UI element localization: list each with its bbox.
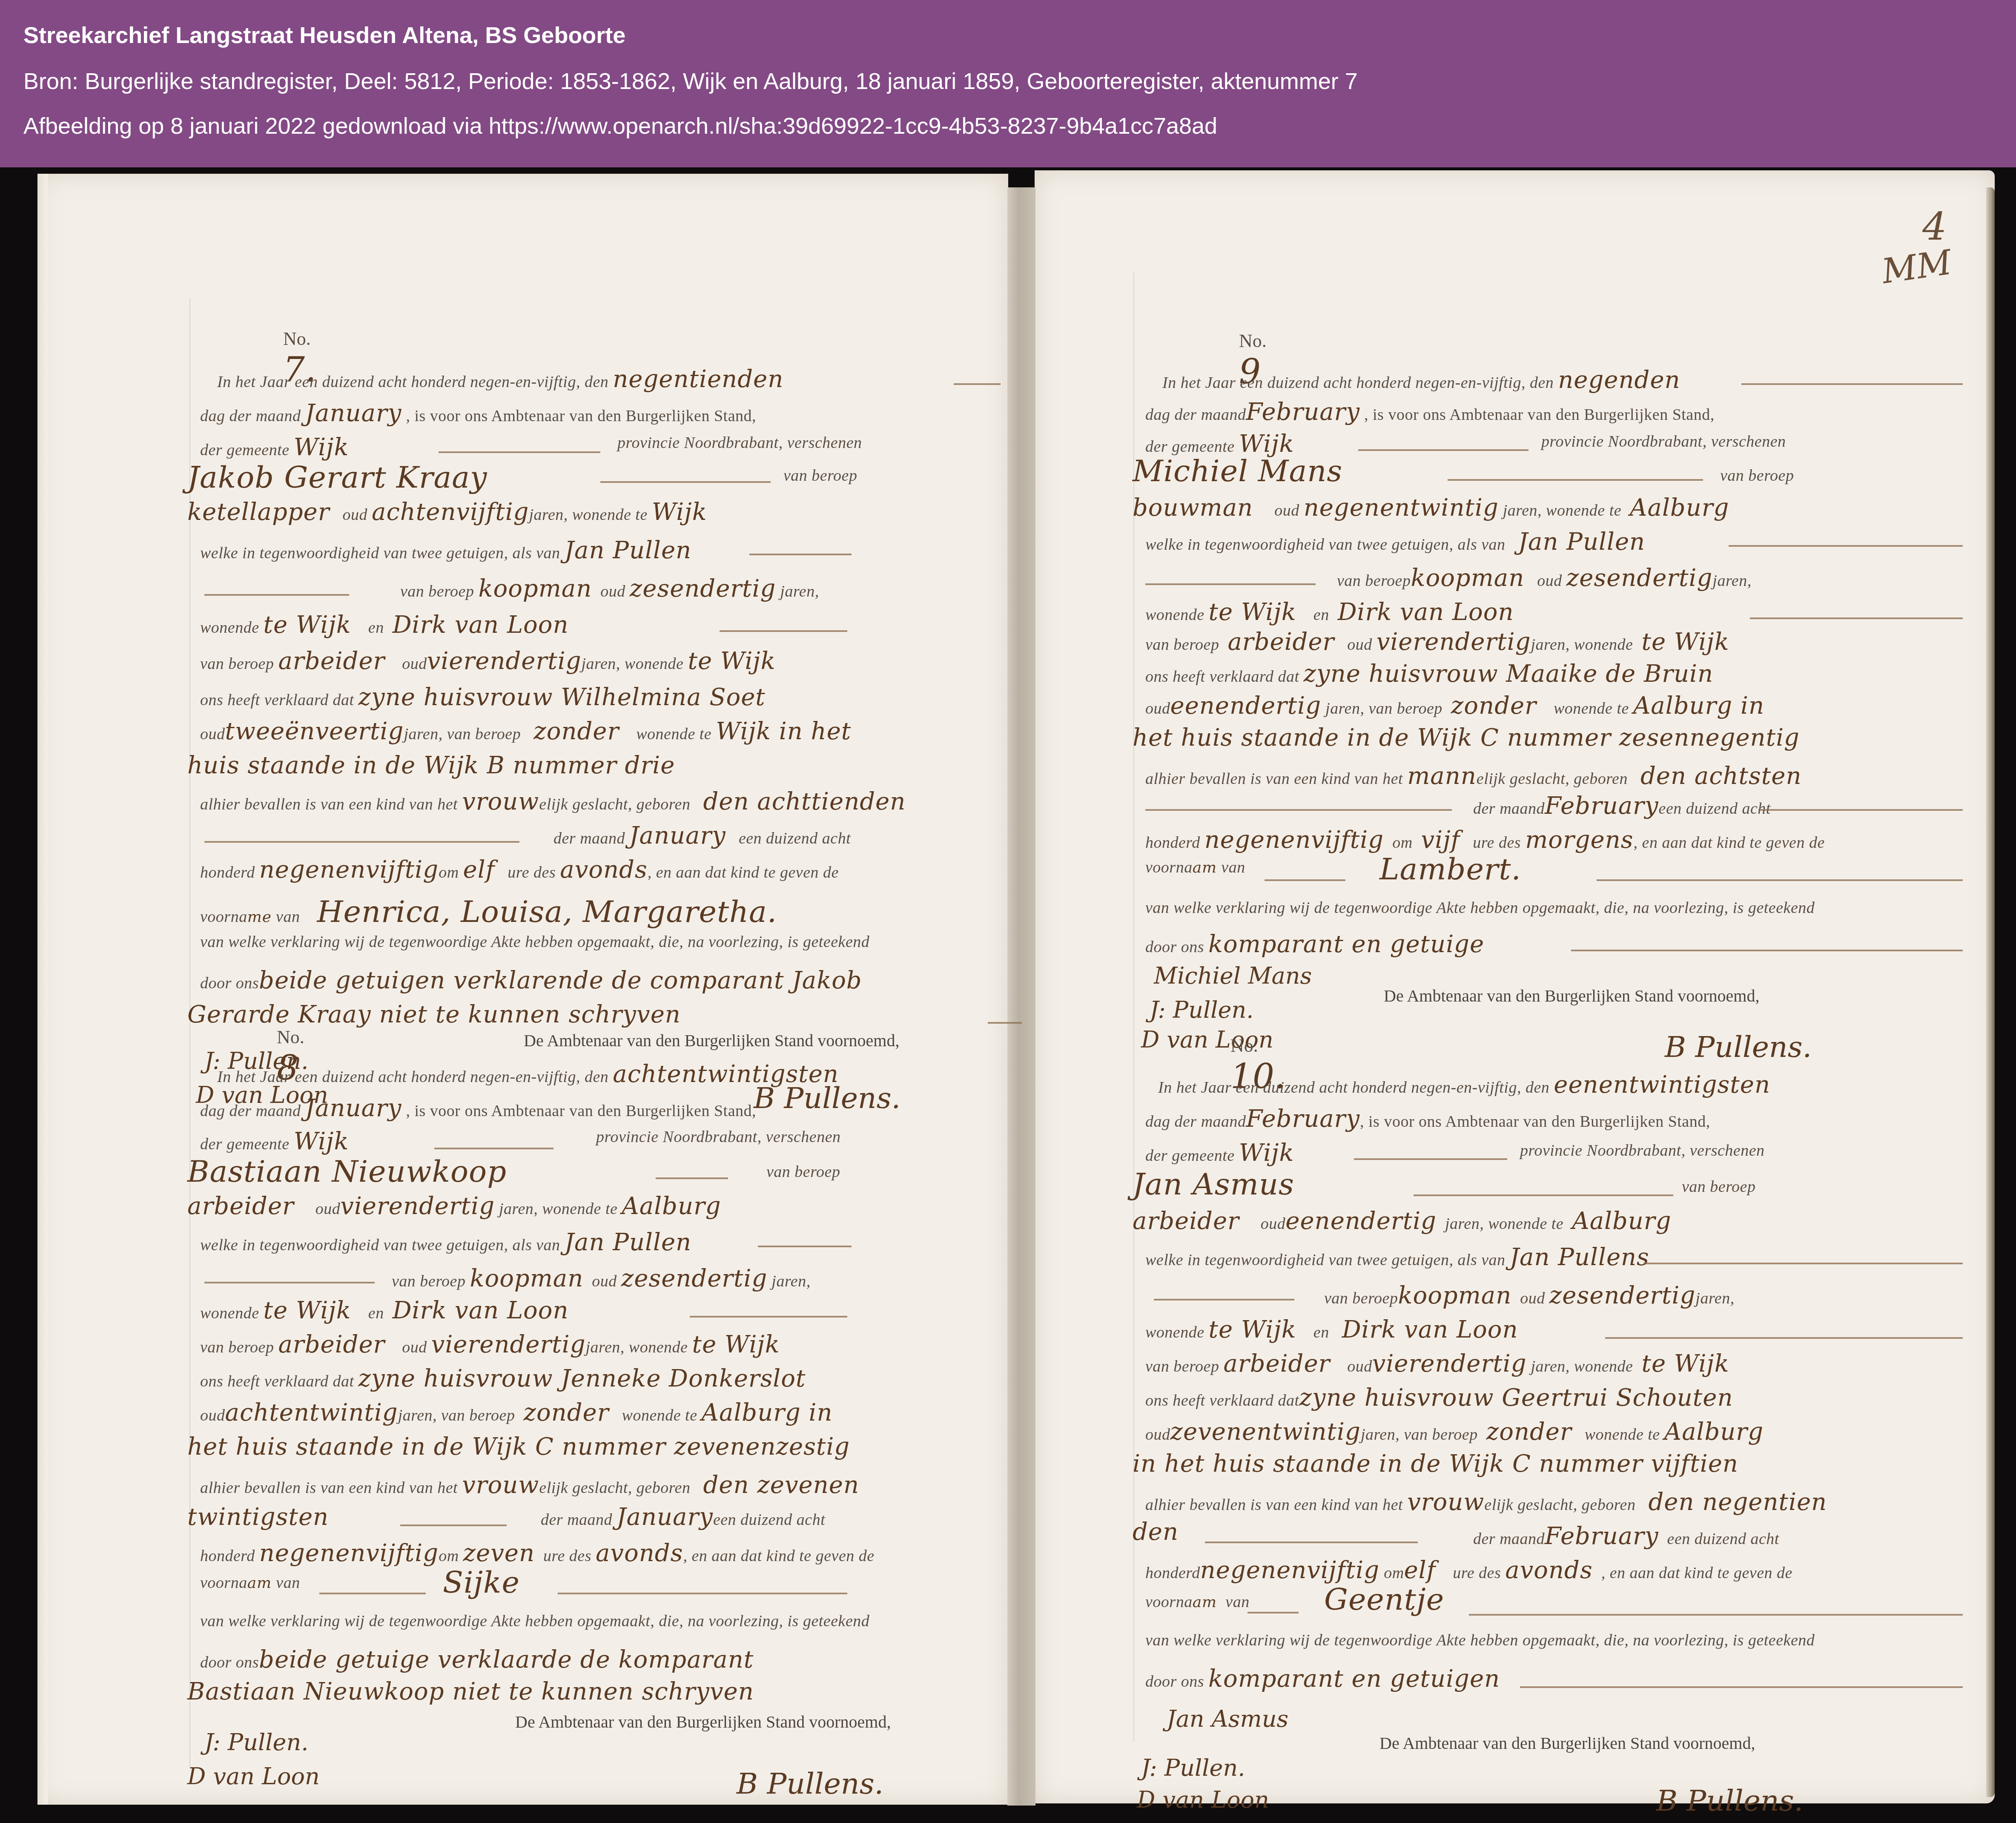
form-line: voornaam van <box>200 1573 300 1592</box>
form-line: arbeider oudvierendertig jaren, wonende … <box>187 1192 721 1220</box>
printed-text: , en aan dat kind te geven de <box>1634 834 1825 852</box>
fill-line <box>690 1316 847 1318</box>
handwritten-value: vrouw <box>462 1471 539 1499</box>
printed-text: en <box>368 1304 384 1322</box>
form-line: der gemeente Wijk <box>200 434 349 461</box>
handwritten-value: avonds <box>560 856 647 884</box>
signature-declarant: Jan Asmus <box>1167 1705 1288 1732</box>
printed-text: van beroep <box>392 1272 465 1290</box>
printed-text: door ons <box>200 974 259 992</box>
handwritten-value: achtenvijftig <box>372 498 529 526</box>
printed-text: jaren, wonende te <box>529 506 647 524</box>
form-line: door ons komparant en getuigen <box>1145 1665 1500 1693</box>
printed-text: van beroep <box>400 583 474 600</box>
printed-text: en <box>1313 606 1329 624</box>
printed-text: der maand <box>1473 1530 1545 1548</box>
declarant-name: Bastiaan Nieuwkoop <box>187 1154 507 1189</box>
fill-line <box>600 481 771 483</box>
mother-name: zyne huisvrouw Maaike de Bruin <box>1304 660 1714 688</box>
fill-line <box>204 1282 375 1283</box>
printed-text: jaren, van beroep <box>398 1407 515 1424</box>
handwritten-value: vierendertig <box>431 1331 586 1358</box>
form-line: In het Jaar een duizend acht honderd neg… <box>217 1060 839 1088</box>
printed-text: door ons <box>1145 938 1204 956</box>
printed-text: ure des <box>1473 834 1521 852</box>
handwritten-value: Jan Pullen <box>565 1229 691 1256</box>
handwritten-value: koopman <box>470 1265 583 1292</box>
printed-text: jaren, <box>771 1272 810 1290</box>
printed-text: om <box>439 1547 459 1565</box>
book-gutter <box>1007 187 1035 1806</box>
fill-line <box>749 554 852 555</box>
printed-text: van beroep <box>1145 636 1219 654</box>
fill-line <box>1758 809 1963 811</box>
handwritten-value: zevenentwintig <box>1170 1418 1361 1446</box>
handwritten-value: komparant en getuigen <box>1208 1665 1500 1693</box>
archive-banner: Streekarchief Langstraat Heusden Altena,… <box>0 0 2016 167</box>
handwritten-value: February <box>1545 1522 1658 1550</box>
form-line: provincie Noordbrabant, verschenen <box>1541 432 1786 451</box>
printed-text: honderd <box>200 1547 255 1565</box>
printed-text: alhier bevallen is van een kind van het <box>1145 770 1403 788</box>
fill-line <box>1265 879 1345 881</box>
handwritten-value: zonder <box>533 718 619 745</box>
printed-text: oud <box>343 506 368 524</box>
form-line: door ons komparant en getuige <box>1145 930 1484 958</box>
form-line: der maandFebruaryeen duizend acht <box>1473 792 1771 820</box>
printed-text: welke in tegenwoordigheid van twee getui… <box>1145 1251 1506 1269</box>
handwritten-value: zesendertig <box>630 575 776 603</box>
fill-line <box>1597 879 1963 881</box>
printed-text: In het Jaar een duizend acht honderd neg… <box>1158 1079 1549 1097</box>
handwritten-value: Aalburg in <box>1633 692 1764 720</box>
printed-text: elijk geslacht, geboren <box>539 1479 690 1497</box>
handwritten-value: eenendertig <box>1170 692 1322 720</box>
form-line: door onsbeide getuigen verklarende de co… <box>200 967 862 994</box>
banner-title: Streekarchief Langstraat Heusden Altena,… <box>23 22 625 49</box>
fill-line <box>1448 479 1703 481</box>
fill-line <box>1571 950 1963 951</box>
fill-line <box>656 1177 728 1179</box>
printed-text: oud <box>1145 700 1170 718</box>
printed-text: jaren, wonende te <box>499 1200 617 1218</box>
form-line: Bastiaan Nieuwkoop niet te kunnen schryv… <box>187 1678 754 1705</box>
printed-text: een duizend acht <box>739 830 851 847</box>
official-title: De Ambtenaar van den Burgerlijken Stand … <box>1379 1733 1755 1753</box>
handwritten-value: Jan Pullen <box>1518 528 1645 556</box>
printed-text: , is voor ons Ambtenaar van den Burgerli… <box>1360 1113 1710 1131</box>
printed-text: oud <box>1274 502 1299 520</box>
handwritten-value: Wijk <box>294 1128 349 1155</box>
printed-text: oud <box>1145 1426 1170 1444</box>
printed-text: oud <box>600 583 625 600</box>
printed-text: van beroep <box>1145 1358 1219 1375</box>
printed-text: ons heeft verklaard dat <box>1145 1392 1299 1410</box>
handwritten-value: am <box>247 1574 272 1592</box>
handwritten-value: zesendertig <box>621 1265 768 1292</box>
form-line: van beroep <box>1720 466 1794 485</box>
printed-text: honderd <box>200 864 255 881</box>
printed-text: jaren, wonende te <box>1503 502 1621 520</box>
declarant-name: Jan Asmus <box>1133 1167 1294 1202</box>
form-line: van beroep koopman oud zesendertig jaren… <box>400 575 819 603</box>
form-line: het huis staande in de Wijk C nummer zev… <box>187 1433 850 1461</box>
fill-line <box>1145 583 1316 585</box>
printed-text: en <box>368 619 384 637</box>
handwritten-value: February <box>1246 1105 1360 1133</box>
fill-line <box>1145 809 1452 811</box>
form-line: ons heeft verklaard dat zyne huisvrouw W… <box>200 683 766 711</box>
printed-text: oud <box>1261 1215 1286 1233</box>
handwritten-value: te Wijk <box>1209 598 1296 626</box>
handwritten-value: te Wijk <box>688 647 775 675</box>
handwritten-value: zonder <box>1486 1418 1572 1446</box>
printed-text: oud <box>200 1407 225 1424</box>
child-name: Lambert. <box>1379 852 1521 887</box>
printed-text: oud <box>1347 636 1372 654</box>
handwritten-value: vierendertig <box>1377 628 1531 656</box>
signature-declarant: Michiel Mans <box>1154 962 1312 989</box>
printed-text: door ons <box>200 1654 259 1671</box>
handwritten-value: zeven <box>463 1539 535 1567</box>
form-line: van beroep koopman oud zesendertig jaren… <box>392 1265 811 1292</box>
form-line: der maand Januaryeen duizend acht <box>541 1503 825 1531</box>
handwritten-value: eenendertig <box>1285 1207 1437 1235</box>
form-line: van welke verklaring wij de tegenwoordig… <box>200 933 869 951</box>
handwritten-value: koopman <box>1411 564 1524 592</box>
fill-line <box>1414 1194 1673 1196</box>
printed-text: oud <box>592 1272 617 1290</box>
fill-line <box>1520 1686 1963 1688</box>
printed-text: ons heeft verklaard dat <box>200 1372 354 1390</box>
form-line: voornaam van <box>1145 1593 1250 1611</box>
printed-text: honderd <box>1145 1564 1200 1582</box>
handwritten-value: am <box>1193 859 1217 876</box>
printed-text: der gemeente <box>200 1135 290 1153</box>
handwritten-value: me <box>247 908 272 926</box>
form-line: ons heeft verklaard dat zyne huisvrouw M… <box>1145 660 1713 688</box>
form-line: in het huis staande in de Wijk C nummer … <box>1133 1450 1738 1478</box>
handwritten-value: koopman <box>478 575 592 603</box>
form-line: door onsbeide getuige verklaarde de komp… <box>200 1646 754 1674</box>
handwritten-value: vrouw <box>462 788 539 815</box>
form-line: In het Jaar een duizend acht honderd neg… <box>1162 366 1680 394</box>
form-line: van beroep arbeider oudvierendertig jare… <box>1145 1350 1729 1378</box>
form-line: honderd negenenvijftig om vijf ure des m… <box>1145 826 1825 854</box>
fill-line <box>434 1148 553 1149</box>
official-title: De Ambtenaar van den Burgerlijken Stand … <box>515 1712 891 1732</box>
form-line: wonende te Wijk en Dirk van Loon <box>200 611 569 639</box>
printed-text: een duizend acht <box>1659 800 1771 818</box>
fill-line <box>204 594 349 596</box>
printed-text: , en aan dat kind te geven de <box>1601 1564 1792 1582</box>
handwritten-value: arbeider <box>187 1192 294 1220</box>
handwritten-value: beide getuigen verklarende de comparant … <box>259 967 862 994</box>
handwritten-value: zesendertig <box>1566 564 1713 592</box>
declarant-name: Jakob Gerart Kraay <box>187 460 488 495</box>
handwritten-value: Dirk van Loon <box>393 611 569 639</box>
handwritten-value: ketellapper <box>187 498 330 526</box>
printed-text: dag der maand <box>1145 1113 1246 1131</box>
handwritten-value: den negentien <box>1648 1488 1827 1516</box>
printed-text: der maand <box>553 830 625 847</box>
handwritten-value: koopman <box>1398 1282 1511 1309</box>
printed-text: elijk geslacht, geboren <box>539 795 690 813</box>
handwritten-value: beide getuige verklaarde de komparant <box>259 1646 754 1674</box>
printed-text: ure des <box>508 864 556 881</box>
handwritten-value: te Wijk <box>1641 628 1729 656</box>
form-line: alhier bevallen is van een kind van het … <box>1145 762 1802 790</box>
form-line: honderdnegenenvijftig omelf ure des avon… <box>1145 1556 1792 1584</box>
handwritten-value: zonder <box>1451 692 1537 720</box>
handwritten-value: Wijk <box>652 498 707 526</box>
fill-line <box>1729 545 1963 547</box>
form-line: voornaam van <box>1145 858 1245 877</box>
printed-text: oud <box>1520 1289 1545 1307</box>
printed-text: honderd <box>1145 834 1200 852</box>
printed-text: een duizend acht <box>713 1511 825 1529</box>
form-line: oudtweeënveertigjaren, van beroep zonder… <box>200 718 851 745</box>
banner-source: Bron: Burgerlijke standregister, Deel: 5… <box>23 68 1358 95</box>
form-line: van beroep <box>766 1163 840 1181</box>
printed-text: der maand <box>1473 800 1545 818</box>
handwritten-value: te Wijk <box>1209 1316 1296 1344</box>
printed-text: van <box>1225 1593 1249 1611</box>
printed-text: der gemeente <box>200 441 290 459</box>
fill-line <box>1643 1263 1963 1264</box>
form-line: dag der maand January , is voor ons Ambt… <box>200 399 756 427</box>
handwritten-value: elf <box>463 856 495 884</box>
form-line: welke in tegenwoordigheid van twee getui… <box>200 1229 691 1256</box>
printed-text: alhier bevallen is van een kind van het <box>200 1479 458 1497</box>
handwritten-value: Jan Pullens <box>1510 1243 1649 1271</box>
form-line: der maand January een duizend acht <box>553 822 851 850</box>
form-line: oudachtentwintigjaren, van beroep zonder… <box>200 1399 833 1427</box>
signature-witness1: J: Pullen. <box>204 1729 308 1756</box>
printed-text: voorna <box>200 908 247 926</box>
form-line: van welke verklaring wij de tegenwoordig… <box>1145 1631 1815 1650</box>
handwritten-value: arbeider <box>1223 1350 1330 1378</box>
fill-line <box>1205 1542 1418 1543</box>
form-line: dag der maandFebruary , is voor ons Ambt… <box>1145 398 1715 426</box>
printed-text: oud <box>1537 572 1562 590</box>
form-line: Gerarde Kraay niet te kunnen schryven <box>187 1001 681 1028</box>
handwritten-value: Aalburg in <box>702 1399 833 1427</box>
handwritten-value: negenenvijftig <box>259 856 439 884</box>
signature-official: B Pullens. <box>737 1767 883 1801</box>
form-line: dag der maand January , is voor ons Ambt… <box>200 1094 756 1122</box>
form-line: welke in tegenwoordigheid van twee getui… <box>1145 1243 1649 1271</box>
printed-text: ons heeft verklaard dat <box>200 691 354 709</box>
printed-text: van beroep <box>1337 572 1411 590</box>
handwritten-value: te Wijk <box>264 611 351 639</box>
form-line: van beroep <box>1682 1177 1755 1196</box>
form-line: bouwman oud negenentwintig jaren, wonend… <box>1133 494 1729 522</box>
signature-witness1: J: Pullen. <box>1141 1754 1245 1781</box>
printed-text: om <box>439 864 459 881</box>
form-line: voorname van Henrica, Louisa, Margaretha… <box>200 894 777 929</box>
handwritten-value: te Wijk <box>264 1297 351 1324</box>
printed-text: wonende <box>200 1304 259 1322</box>
fill-line <box>1469 1614 1963 1616</box>
form-line: der maandFebruary een duizend acht <box>1473 1522 1779 1550</box>
left-page-edge <box>37 174 48 1805</box>
printed-text: , is voor ons Ambtenaar van den Burgerli… <box>406 1102 756 1120</box>
printed-text: , is voor ons Ambtenaar van den Burgerli… <box>406 407 756 425</box>
printed-text: en <box>1313 1323 1329 1341</box>
printed-text: om <box>1384 1564 1404 1582</box>
handwritten-value: Aalburg <box>1630 494 1729 522</box>
form-line: van beroepkoopman oud zesendertigjaren, <box>1337 564 1752 592</box>
handwritten-value: Aalburg <box>622 1192 721 1220</box>
printed-text: der gemeente <box>1145 438 1235 456</box>
form-line: den <box>1133 1518 1179 1546</box>
handwritten-value: vrouw <box>1407 1488 1484 1516</box>
handwritten-value: arbeider <box>278 647 385 675</box>
printed-text: dag der maand <box>200 407 301 425</box>
printed-text: welke in tegenwoordigheid van twee getui… <box>1145 536 1506 554</box>
printed-text: wonende <box>1145 606 1204 624</box>
printed-text: elijk geslacht, geboren <box>1484 1496 1635 1514</box>
form-line: In het Jaar een duizend acht honderd neg… <box>217 365 783 393</box>
child-name: Henrica, Louisa, Margaretha. <box>317 894 777 929</box>
handwritten-value: January <box>629 822 726 850</box>
fill-line <box>1741 383 1963 385</box>
handwritten-value: Dirk van Loon <box>393 1297 569 1324</box>
printed-text: wonende <box>200 619 259 637</box>
official-title: De Ambtenaar van den Burgerlijken Stand … <box>524 1031 899 1051</box>
printed-text: wonende te <box>1585 1426 1660 1444</box>
form-line: In het Jaar een duizend acht honderd neg… <box>1158 1071 1770 1099</box>
form-line: van beroep <box>783 466 857 485</box>
form-line: honderd negenenvijftigom elf ure des avo… <box>200 856 839 884</box>
form-line: huis staande in de Wijk B nummer drie <box>187 752 675 779</box>
handwritten-value: achtentwintig <box>225 1399 398 1427</box>
handwritten-value: den achttienden <box>703 788 906 815</box>
handwritten-value: Wijk in het <box>716 718 851 745</box>
printed-text: alhier bevallen is van een kind van het <box>1145 1496 1403 1514</box>
handwritten-value: vierendertig <box>427 647 582 675</box>
handwritten-value: arbeider <box>1133 1207 1239 1235</box>
handwritten-value: mann <box>1407 762 1477 790</box>
form-line: dag der maandFebruary, is voor ons Ambte… <box>1145 1105 1710 1133</box>
form-line: honderd negenenvijftigom zeven ure des a… <box>200 1539 875 1567</box>
form-line: oudzevenentwintigjaren, van beroep zonde… <box>1145 1418 1764 1446</box>
form-line: van beroep arbeider oud vierendertigjare… <box>1145 628 1729 656</box>
handwritten-value: Aalburg <box>1664 1418 1764 1446</box>
printed-text: van <box>276 908 300 926</box>
handwritten-value: bouwman <box>1133 494 1253 522</box>
handwritten-value: Dirk van Loon <box>1338 598 1514 626</box>
form-line: arbeider oudeenendertig jaren, wonende t… <box>1133 1207 1671 1235</box>
form-line: alhier bevallen is van een kind van het … <box>200 788 906 815</box>
printed-text: van beroep <box>200 655 274 673</box>
handwritten-value: avonds <box>596 1539 683 1567</box>
signature-official: B Pullens. <box>1665 1031 1812 1064</box>
fill-line <box>988 1022 1022 1024</box>
mother-name: zyne huisvrouw Jenneke Donkerslot <box>358 1365 806 1392</box>
printed-text: In het Jaar een duizend acht honderd neg… <box>217 1068 608 1086</box>
fill-line <box>758 1246 852 1247</box>
child-name: Sijke <box>443 1565 520 1600</box>
fill-line <box>204 841 519 843</box>
printed-text: van <box>1221 858 1245 876</box>
form-line: van beroep arbeider oud vierendertigjare… <box>200 1331 780 1358</box>
fill-line <box>319 1593 426 1594</box>
printed-text: In het Jaar een duizend acht honderd neg… <box>1162 374 1554 392</box>
handwritten-value: Dirk van Loon <box>1342 1316 1518 1344</box>
handwritten-value: vierendertig <box>340 1192 495 1220</box>
printed-text: van beroep <box>200 1338 274 1356</box>
form-line: alhier bevallen is van een kind van het … <box>1145 1488 1827 1516</box>
printed-text: jaren, <box>780 583 819 600</box>
form-line: der gemeente Wijk <box>200 1128 349 1155</box>
printed-text: der gemeente <box>1145 1147 1235 1165</box>
form-line: van beroep arbeider oudvierendertigjaren… <box>200 647 776 675</box>
official-title: De Ambtenaar van den Burgerlijken Stand … <box>1384 986 1759 1006</box>
handwritten-value: eenentwintigsten <box>1554 1071 1770 1099</box>
printed-text: , en aan dat kind te geven de <box>683 1547 874 1565</box>
printed-text: elijk geslacht, geboren <box>1477 770 1628 788</box>
handwritten-value: achtentwintigsten <box>613 1060 839 1088</box>
printed-text: , en aan dat kind te geven de <box>648 864 839 881</box>
handwritten-value: avonds <box>1505 1556 1592 1584</box>
form-line: wonende te Wijk en Dirk van Loon <box>1145 1316 1518 1344</box>
handwritten-value: February <box>1545 792 1658 820</box>
printed-text: oud <box>200 725 225 743</box>
mother-name: zyne huisvrouw Geertrui Schouten <box>1299 1384 1733 1412</box>
printed-text: wonende <box>1145 1323 1204 1341</box>
form-line: van beroepkoopman oud zesendertigjaren, <box>1324 1282 1735 1309</box>
printed-text: dag der maand <box>1145 406 1246 424</box>
printed-text: , is voor ons Ambtenaar van den Burgerli… <box>1364 406 1715 424</box>
printed-text: wonende te <box>636 725 711 743</box>
form-line: van welke verklaring wij de tegenwoordig… <box>200 1612 869 1631</box>
form-line: twintigsten <box>187 1503 329 1531</box>
right-page-edge <box>1986 187 1995 1797</box>
printed-text: provincie Noordbrabant, verschenen <box>617 434 862 452</box>
handwritten-value: Jan Pullen <box>565 537 691 564</box>
printed-text: ure des <box>543 1547 591 1565</box>
fill-line <box>1750 617 1963 619</box>
printed-text: van <box>276 1574 300 1592</box>
printed-text: jaren, wonende <box>1531 636 1633 654</box>
form-line: ketellapper oud achtenvijftigjaren, wone… <box>187 498 707 526</box>
handwritten-value: negenenvijftig <box>1204 826 1384 854</box>
handwritten-value: komparant en getuige <box>1208 930 1484 958</box>
handwritten-value: elf <box>1404 1556 1436 1584</box>
form-line: ons heeft verklaard datzyne huisvrouw Ge… <box>1145 1384 1733 1412</box>
handwritten-value: te Wijk <box>1641 1350 1729 1378</box>
fill-line <box>558 1593 847 1594</box>
printed-text: wonende te <box>622 1407 697 1424</box>
printed-text: alhier bevallen is van een kind van het <box>200 795 458 813</box>
form-line: provincie Noordbrabant, verschenen <box>617 434 862 452</box>
printed-text: jaren, wonende <box>585 1338 688 1356</box>
handwritten-value: tweeënveertig <box>225 718 404 745</box>
form-line: oudeenendertig jaren, van beroep zonder … <box>1145 692 1764 720</box>
printed-text: jaren, <box>1695 1289 1734 1307</box>
form-line: provincie Noordbrabant, verschenen <box>1520 1141 1765 1160</box>
printed-text: welke in tegenwoordigheid van twee getui… <box>200 1236 560 1254</box>
printed-text: van beroep <box>1324 1289 1398 1307</box>
handwritten-value: negenenvijftig <box>1200 1556 1379 1584</box>
handwritten-value: negenentwintig <box>1304 494 1499 522</box>
printed-text: jaren, wonende te <box>1445 1215 1563 1233</box>
form-line: van welke verklaring wij de tegenwoordig… <box>1145 899 1815 917</box>
handwritten-value: January <box>617 1503 713 1531</box>
handwritten-value: arbeider <box>1227 628 1334 656</box>
